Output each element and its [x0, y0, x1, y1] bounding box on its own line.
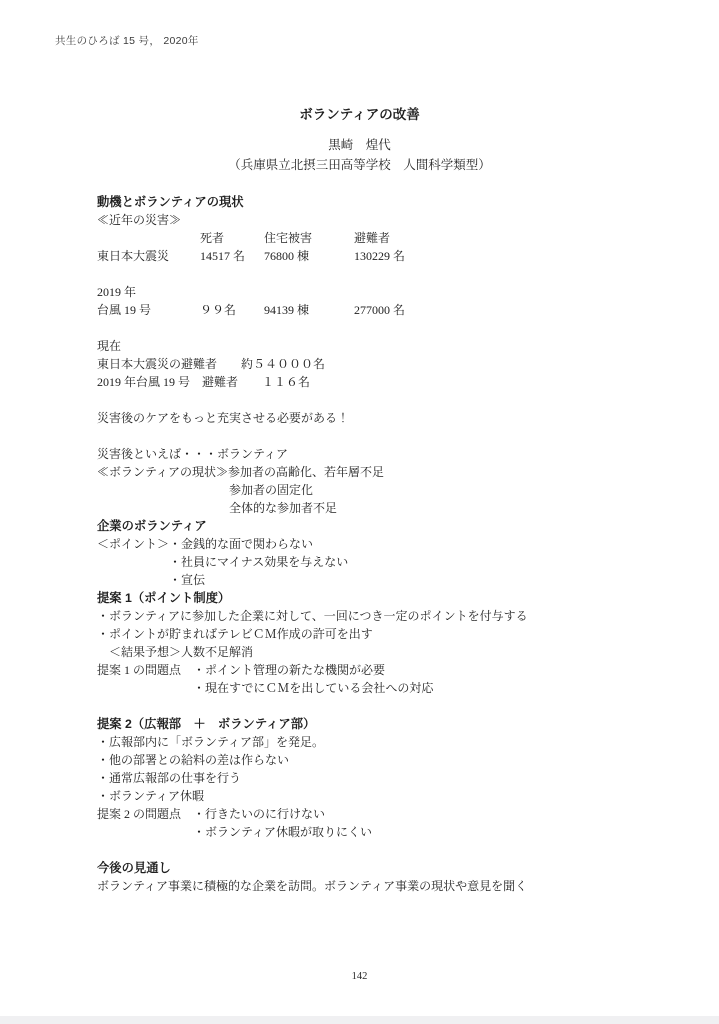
blank-line	[97, 265, 672, 283]
author-name: 黒崎 煌代	[0, 135, 719, 153]
journal-header: 共生のひろば 15 号， 2020年	[55, 33, 199, 48]
table-cell: 住宅被害	[264, 229, 354, 247]
table-row: 死者住宅被害避難者	[97, 229, 672, 247]
page-title: ボランティアの改善	[0, 103, 719, 123]
text-line: 提案 2 の問題点 ・行きたいのに行けない	[97, 805, 672, 823]
table-cell: 94139 棟	[264, 301, 354, 319]
section-heading: 今後の見通し	[97, 859, 672, 877]
section-heading: 企業のボランティア	[97, 517, 672, 535]
text-line: ・宣伝	[97, 571, 672, 589]
table-cell: 東日本大震災	[97, 247, 200, 265]
page-boundary-strip	[0, 1016, 719, 1024]
table-cell: 2019 年	[97, 283, 200, 301]
text-line: 災害後のケアをもっと充実させる必要がある！	[97, 409, 672, 427]
text-line: 全体的な参加者不足	[97, 499, 672, 517]
blank-line	[97, 841, 672, 859]
text-line: ＜結果予想＞人数不足解消	[97, 643, 672, 661]
blank-line	[97, 391, 672, 409]
text-line: ・ボランティアに参加した企業に対して、一回につき一定のポイントを付与する	[97, 607, 672, 625]
text-line: ≪近年の災害≫	[97, 211, 672, 229]
text-line: ・ボランティア休暇が取りにくい	[97, 823, 672, 841]
table-cell: 死者	[200, 229, 264, 247]
text-line: ・ボランティア休暇	[97, 787, 672, 805]
text-line: 現在	[97, 337, 672, 355]
section-heading: 提案 1（ポイント制度）	[97, 589, 672, 607]
document-body: 動機とボランティアの現状≪近年の災害≫死者住宅被害避難者東日本大震災14517 …	[97, 193, 672, 895]
table-cell: 130229 名	[354, 247, 504, 265]
table-cell: 14517 名	[200, 247, 264, 265]
author-affiliation: （兵庫県立北摂三田高等学校 人間科学類型）	[0, 155, 719, 173]
text-line: 提案 1 の問題点 ・ポイント管理の新たな機関が必要	[97, 661, 672, 679]
document-page: { "page": { "header": "共生のひろば 15 号， 2020…	[0, 0, 719, 1024]
table-row: 2019 年	[97, 283, 672, 301]
text-line: ・広報部内に「ボランティア部」を発足。	[97, 733, 672, 751]
table-cell: 台風 19 号	[97, 301, 200, 319]
text-line: ボランティア事業に積極的な企業を訪問。ボランティア事業の現状や意見を聞く	[97, 877, 672, 895]
text-line: ＜ポイント＞・金銭的な面で関わらない	[97, 535, 672, 553]
text-line: 災害後といえば・・・ボランティア	[97, 445, 672, 463]
text-line: ・他の部署との給料の差は作らない	[97, 751, 672, 769]
text-line: 参加者の固定化	[97, 481, 672, 499]
text-line: ・現在すでにＣＭを出している会社への対応	[97, 679, 672, 697]
text-line: ・社員にマイナス効果を与えない	[97, 553, 672, 571]
blank-line	[97, 319, 672, 337]
table-row: 台風 19 号９９名94139 棟277000 名	[97, 301, 672, 319]
text-line: 2019 年台風 19 号 避難者 １１６名	[97, 373, 672, 391]
text-line: ≪ボランティアの現状≫参加者の高齢化、若年層不足	[97, 463, 672, 481]
blank-line	[97, 697, 672, 715]
text-line: ・通常広報部の仕事を行う	[97, 769, 672, 787]
table-cell: 277000 名	[354, 301, 504, 319]
text-line: ・ポイントが貯まればテレビＣＭ作成の許可を出す	[97, 625, 672, 643]
table-row: 東日本大震災14517 名76800 棟130229 名	[97, 247, 672, 265]
table-cell: 76800 棟	[264, 247, 354, 265]
table-cell: ９９名	[200, 301, 264, 319]
section-heading: 動機とボランティアの現状	[97, 193, 672, 211]
table-cell: 避難者	[354, 229, 504, 247]
page-number: 142	[0, 971, 719, 982]
section-heading: 提案 2（広報部 ＋ ボランティア部）	[97, 715, 672, 733]
text-line: 東日本大震災の避難者 約５４０００名	[97, 355, 672, 373]
blank-line	[97, 427, 672, 445]
